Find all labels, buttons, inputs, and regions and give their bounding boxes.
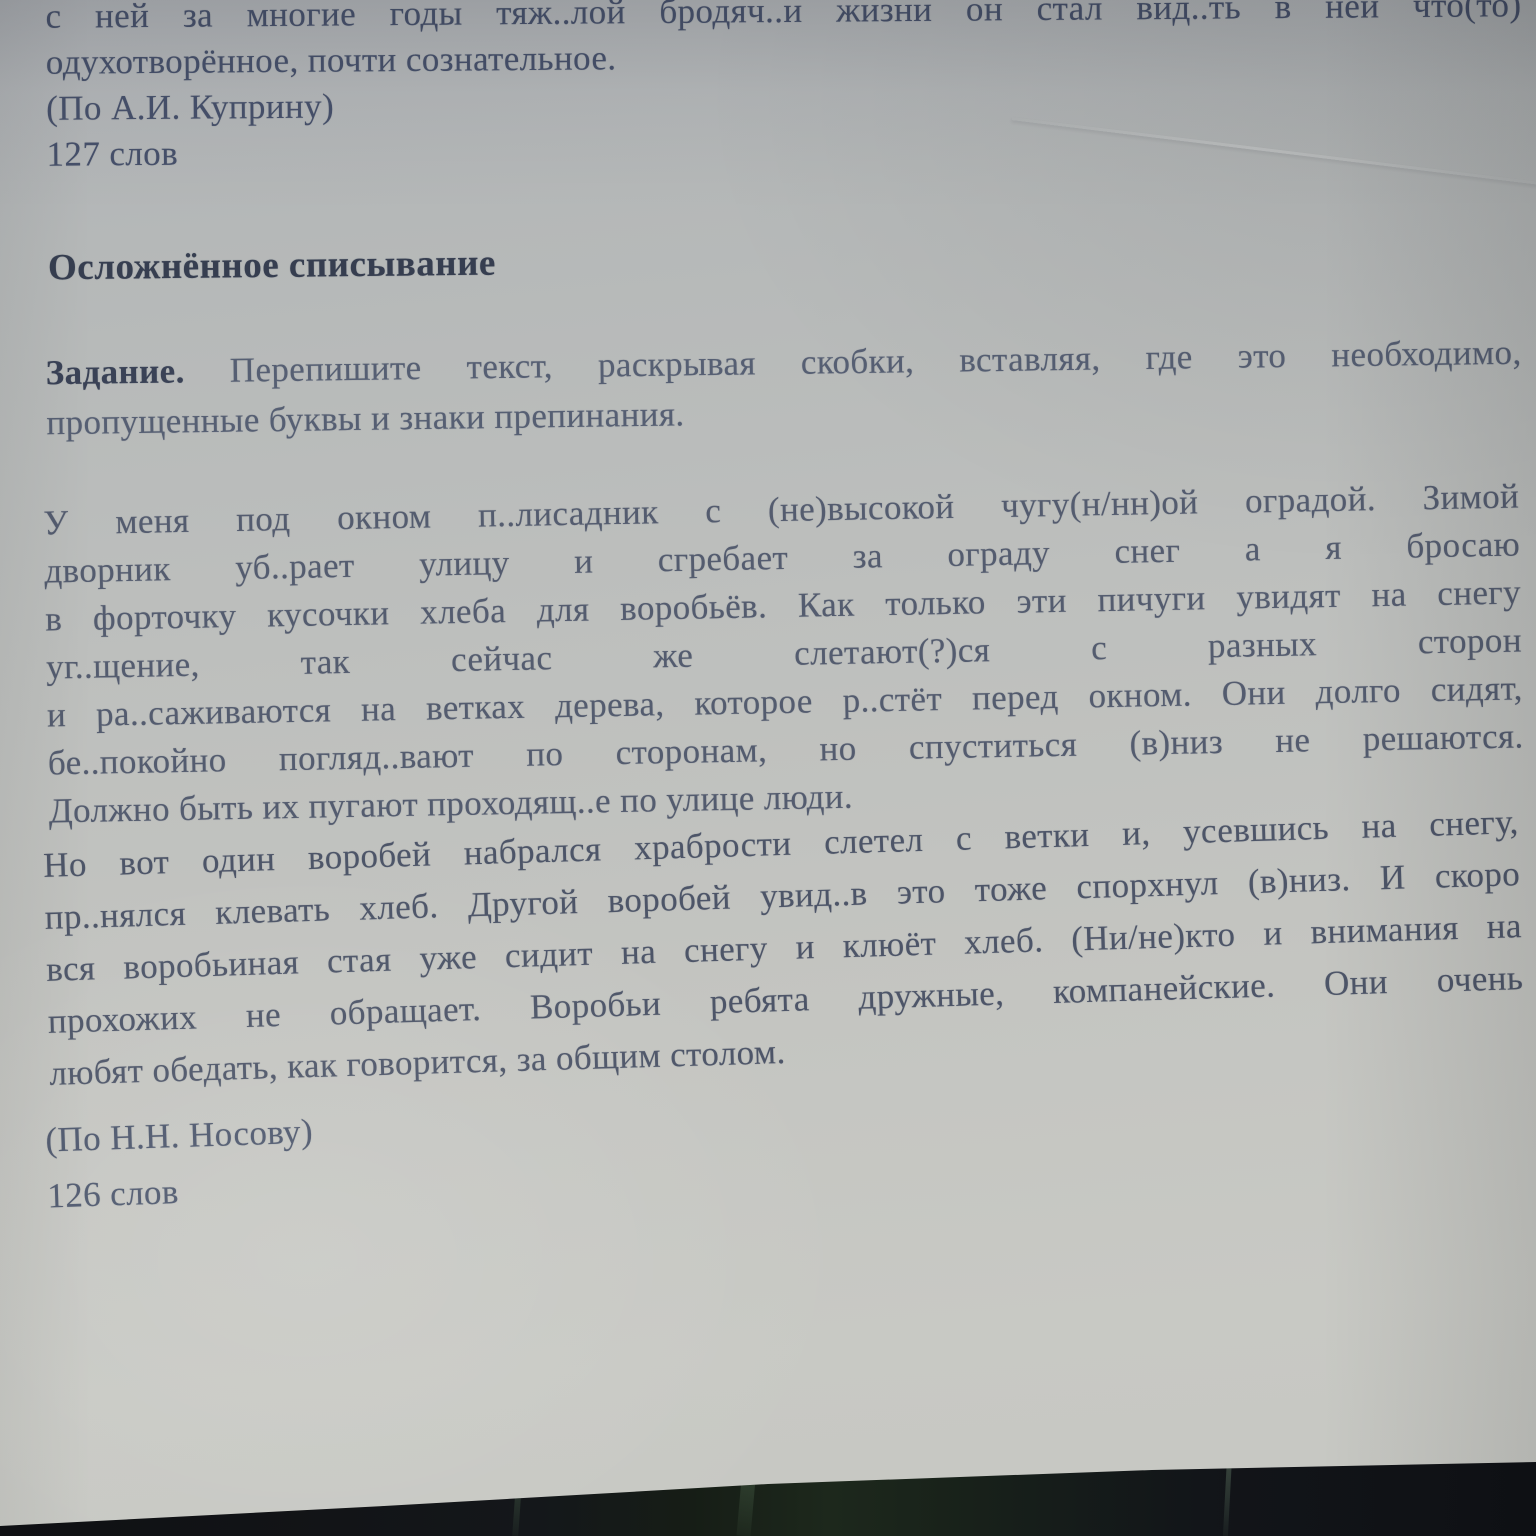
desk-edge-glint — [645, 1454, 1474, 1480]
desk-highlight-streak — [737, 1456, 758, 1536]
dark-desk-edge — [0, 1436, 1536, 1536]
previous-text-fragment: с ней за многие годы тяж..лой бродяч..и … — [45, 0, 1522, 178]
desk-highlight-streak — [1223, 1456, 1232, 1536]
worksheet-photo: с ней за многие годы тяж..лой бродяч..и … — [0, 0, 1536, 1536]
section-heading: Осложнённое списывание — [48, 242, 496, 290]
dictation-paragraph-2: Но вот один воробей набрался храбрости с… — [42, 796, 1525, 1100]
task-label: Задание. — [45, 351, 185, 392]
desk-highlight-streak — [512, 1456, 524, 1536]
task-instruction: Задание. Перепишите текст, раскрывая ско… — [45, 328, 1522, 449]
dictation-paragraph-1: У меня под окном п..лисадник с (не)высок… — [43, 473, 1525, 836]
